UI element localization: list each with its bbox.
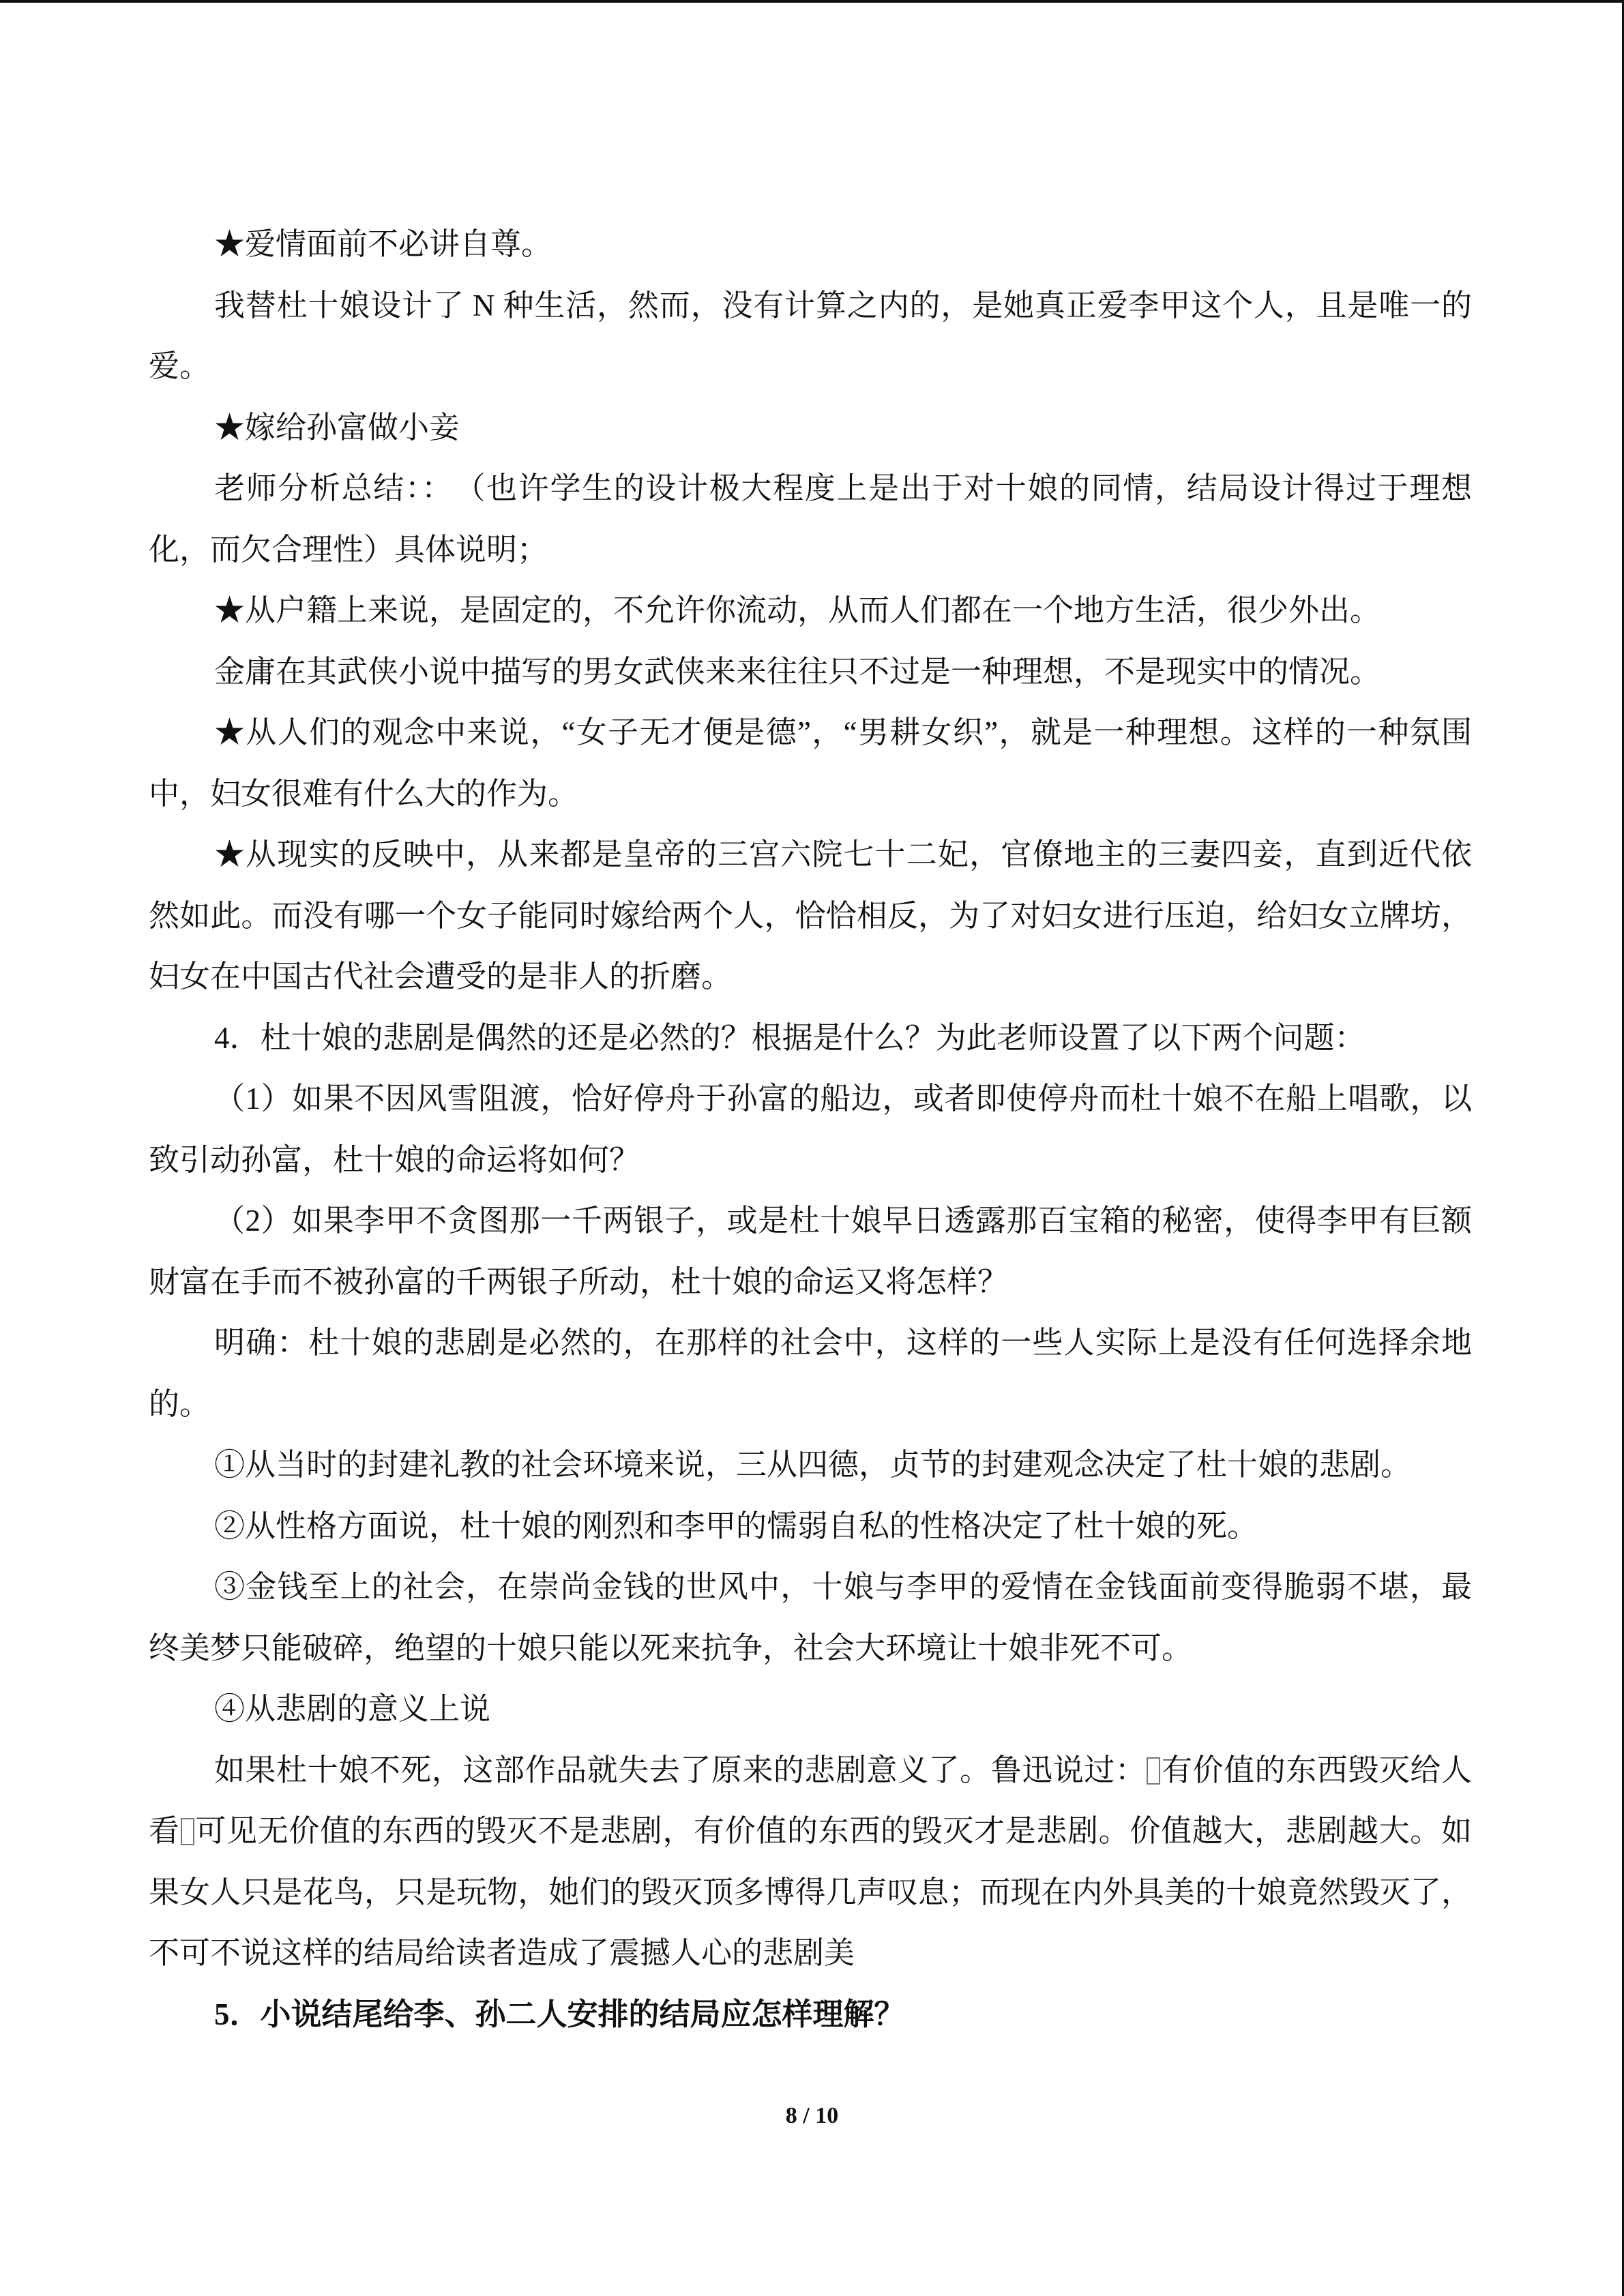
paragraph-n-lives: 我替杜十娘设计了 N 种生活，然而，没有计算之内的，是她真正爱李甲这个人，且是唯… xyxy=(149,275,1472,398)
question-5-heading: 5．小说结尾给李、孙二人安排的结局应怎样理解？ xyxy=(149,1984,1472,2046)
paragraph-teacher-summary: 老师分析总结：： （也许学生的设计极大程度上是出于对十娘的同情，结局设计得过于理… xyxy=(149,458,1472,580)
point-2: ②从性格方面说，杜十娘的刚烈和李甲的懦弱自私的性格决定了杜十娘的死。 xyxy=(149,1496,1472,1557)
document-body: ★爱情面前不必讲自尊。 我替杜十娘设计了 N 种生活，然而，没有计算之内的，是她… xyxy=(149,214,1472,2045)
point-1: ①从当时的封建礼教的社会环境来说，三从四德，贞节的封建观念决定了杜十娘的悲剧。 xyxy=(149,1435,1472,1496)
paragraph-reality: ★从现实的反映中，从来都是皇帝的三宫六院七十二妃，官僚地主的三妻四妾，直到近代依… xyxy=(149,824,1472,1008)
paragraph-clarification: 明确：杜十娘的悲剧是必然的，在那样的社会中，这样的一些人实际上是没有任何选择余地… xyxy=(149,1313,1472,1435)
document-page: ★爱情面前不必讲自尊。 我替杜十娘设计了 N 种生活，然而，没有计算之内的，是她… xyxy=(0,0,1624,2296)
lu-xun-text-part1: 如果杜十娘不死，这部作品就失去了原来的悲剧意义了。鲁迅说过： xyxy=(214,1753,1146,1787)
paragraph-social-ideas: ★从人们的观念中来说，“女子无才便是德”，“男耕女织”，就是一种理想。这样的一种… xyxy=(149,702,1472,824)
page-number: 8 / 10 xyxy=(0,2103,1624,2129)
paragraph-household-registration: ★从户籍上来说，是固定的，不允许你流动，从而人们都在一个地方生活，很少外出。 xyxy=(149,580,1472,642)
sub-question-2: （2）如果李甲不贪图那一千两银子，或是杜十娘早日透露那百宝箱的秘密，使得李甲有巨… xyxy=(149,1191,1472,1313)
paragraph-love-self-respect: ★爱情面前不必讲自尊。 xyxy=(149,214,1472,275)
paragraph-jin-yong: 金庸在其武侠小说中描写的男女武侠来来往往只不过是一种理想，不是现实中的情况。 xyxy=(149,642,1472,703)
missing-glyph-icon xyxy=(181,1818,194,1845)
point-3: ③金钱至上的社会，在崇尚金钱的世风中，十娘与李甲的爱情在金钱面前变得脆弱不堪，最… xyxy=(149,1557,1472,1679)
question-4: 4．杜十娘的悲剧是偶然的还是必然的？根据是什么？为此老师设置了以下两个问题： xyxy=(149,1008,1472,1069)
sub-question-1: （1）如果不因风雪阻渡，恰好停舟于孙富的船边，或者即使停舟而杜十娘不在船上唱歌，… xyxy=(149,1069,1472,1191)
lu-xun-text-part3: 可见无价值的东西的毁灭不是悲剧，有价值的东西的毁灭才是悲剧。价值越大，悲剧越大。… xyxy=(149,1814,1472,1970)
point-4: ④从悲剧的意义上说 xyxy=(149,1679,1472,1740)
paragraph-concubine: ★嫁给孙富做小妾 xyxy=(149,398,1472,459)
paragraph-lu-xun: 如果杜十娘不死，这部作品就失去了原来的悲剧意义了。鲁迅说过：有价值的东西毁灭给人… xyxy=(149,1740,1472,1984)
missing-glyph-icon xyxy=(1147,1757,1160,1785)
